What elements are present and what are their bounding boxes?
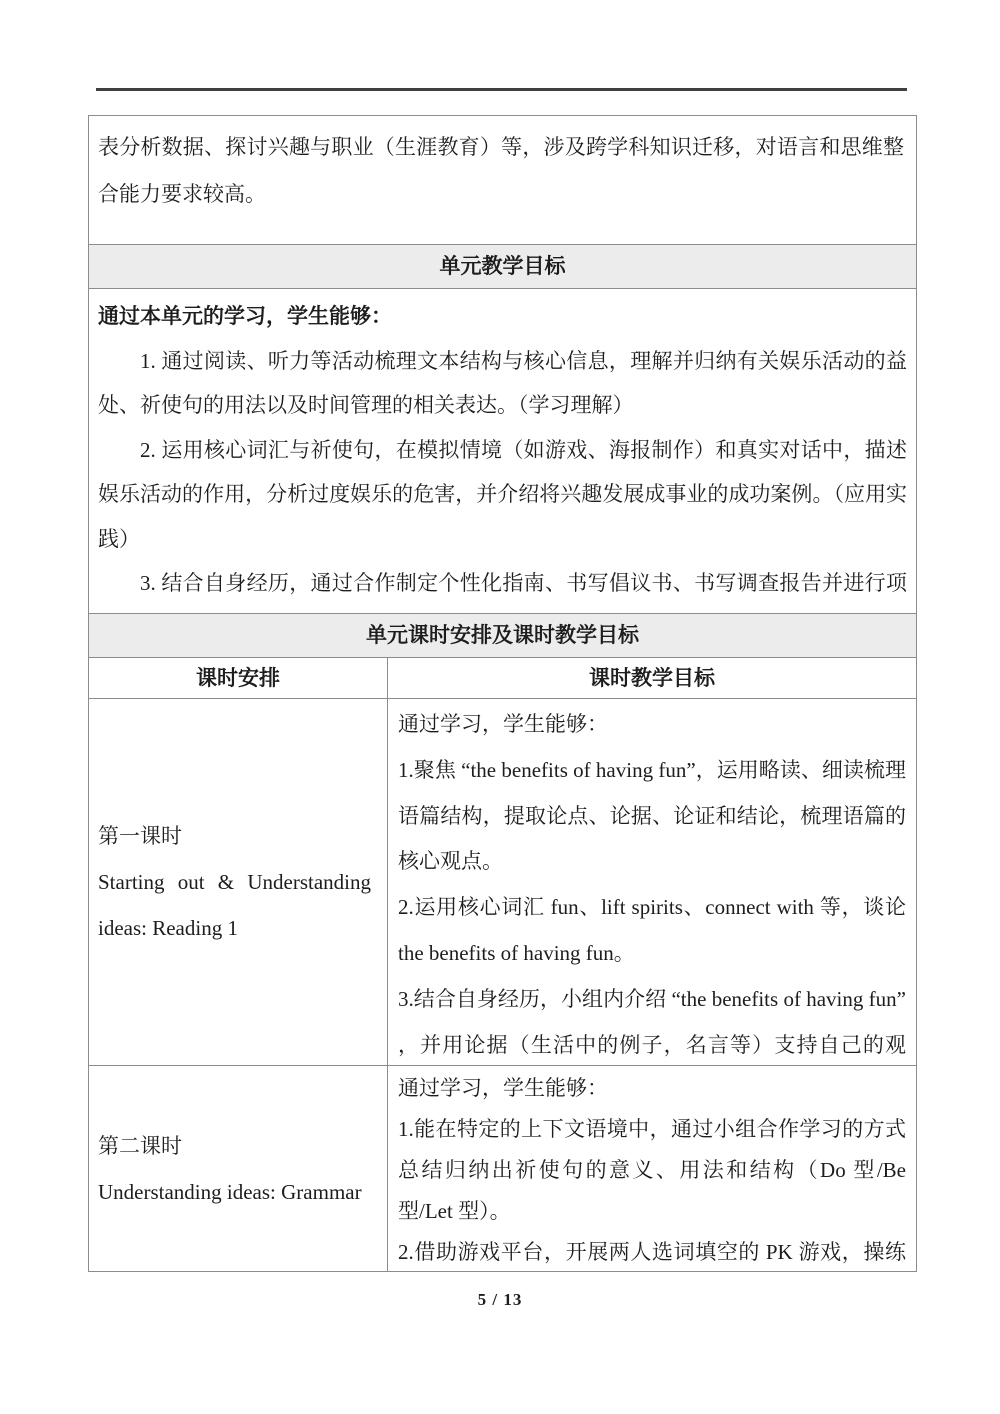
page-number: 5 / 13 (0, 1290, 1000, 1310)
analysis-paragraph: 表分析数据、探讨兴趣与职业（生涯教育）等，涉及跨学科知识迁移，对语言和思维整合能… (98, 124, 904, 218)
lesson-row-1: 第一课时 Starting out & Understanding ideas:… (89, 699, 916, 1066)
schedule-section-header: 单元课时安排及课时教学目标 (89, 614, 916, 658)
analysis-paragraph-cell: 表分析数据、探讨兴趣与职业（生涯教育）等，涉及跨学科知识迁移，对语言和思维整合能… (89, 116, 916, 245)
lesson-2-objective-intro: 通过学习，学生能够： (398, 1068, 906, 1109)
page-header-rule (96, 88, 907, 91)
goal-item-2: 2. 运用核心词汇与祈使句，在模拟情境（如游戏、海报制作）和真实对话中，描述娱乐… (98, 428, 907, 562)
lesson-1-objective-1: 1.聚焦 “the benefits of having fun”，运用略读、细… (398, 748, 906, 885)
lesson-2-objective-2: 2.借助游戏平台，开展两人选词填空的 PK 游戏，操练祈使句的语法知识；通过完成… (398, 1232, 906, 1271)
unit-objectives-cell: 通过本单元的学习，学生能够： 1. 通过阅读、听力等活动梳理文本结构与核心信息，… (89, 289, 916, 614)
lesson-1-objective-3: 3.结合自身经历，小组内介绍 “the benefits of having f… (398, 977, 906, 1065)
lesson-2-title: Understanding ideas: Grammar (98, 1169, 371, 1215)
goal-item-3: 3. 结合自身经历，通过合作制定个性化指南、书写倡议书、书写调查报告并进行项目展… (98, 561, 907, 614)
goal-item-1: 1. 通过阅读、听力等活动梳理文本结构与核心信息，理解并归纳有关娱乐活动的益处、… (98, 339, 907, 428)
lesson-2-objective-1: 1.能在特定的上下文语境中，通过小组合作学习的方式总结归纳出祈使句的意义、用法和… (398, 1109, 906, 1232)
lesson-2-period-cell: 第二课时 Understanding ideas: Grammar (89, 1066, 388, 1271)
column-header-period: 课时安排 (89, 658, 388, 698)
unit-objectives-header: 单元教学目标 (89, 245, 916, 289)
lesson-1-objective-2: 2.运用核心词汇 fun、lift spirits、connect with 等… (398, 885, 906, 977)
lesson-1-objectives-cell: 通过学习，学生能够： 1.聚焦 “the benefits of having … (388, 699, 916, 1065)
schedule-column-headers: 课时安排 课时教学目标 (89, 658, 916, 699)
goals-intro: 通过本单元的学习，学生能够： (98, 294, 907, 339)
lesson-2-objectives-cell: 通过学习，学生能够： 1.能在特定的上下文语境中，通过小组合作学习的方式总结归纳… (388, 1066, 916, 1271)
lesson-1-period-cell: 第一课时 Starting out & Understanding ideas:… (89, 699, 388, 1065)
unit-plan-table: 表分析数据、探讨兴趣与职业（生涯教育）等，涉及跨学科知识迁移，对语言和思维整合能… (88, 115, 917, 1272)
lesson-row-2: 第二课时 Understanding ideas: Grammar 通过学习，学… (89, 1066, 916, 1271)
document-page: 表分析数据、探讨兴趣与职业（生涯教育）等，涉及跨学科知识迁移，对语言和思维整合能… (0, 0, 1000, 1414)
lesson-2-period: 第二课时 (98, 1123, 371, 1169)
column-header-objectives: 课时教学目标 (388, 658, 916, 698)
lesson-1-title: Starting out & Understanding ideas: Read… (98, 859, 371, 951)
lesson-1-objective-intro: 通过学习，学生能够： (398, 702, 906, 748)
lesson-1-period: 第一课时 (98, 813, 371, 859)
